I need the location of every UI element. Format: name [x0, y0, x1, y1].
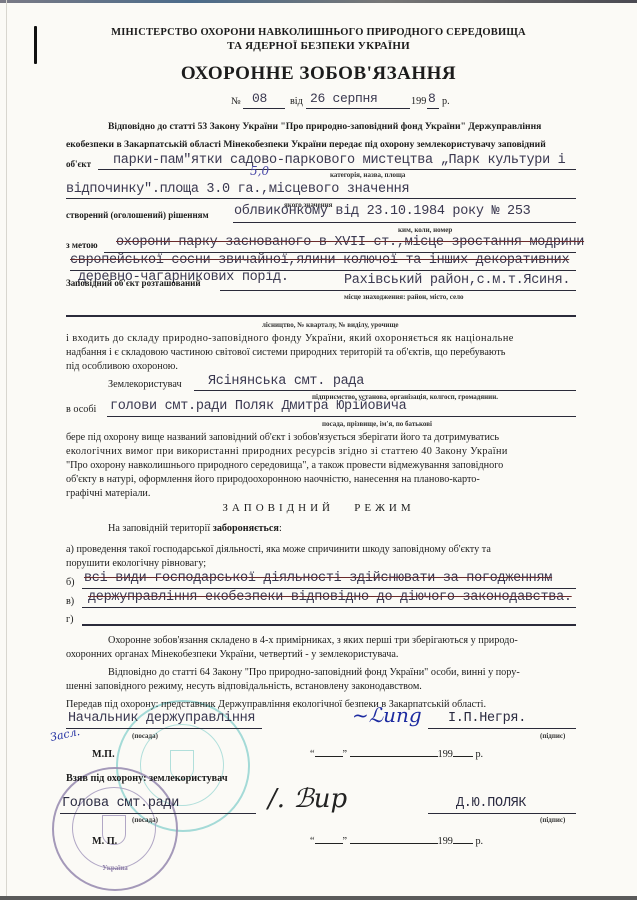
- intro-line1: Відповідно до статті 53 Закону України "…: [108, 121, 541, 132]
- handover-signer-name: І.П.Негря.: [448, 711, 526, 726]
- purpose-line2: європейської сосни звичайної,ялини колюч…: [70, 253, 569, 268]
- date-from-label: від: [290, 96, 303, 107]
- handover-date-suffix: р.: [475, 749, 483, 760]
- handover-date: “” 199 р.: [310, 749, 483, 760]
- created-label: створений (оголошений) рішенням: [66, 210, 209, 220]
- object-value-line2: відпочинку".площа 3.0 га.,місцевого знач…: [66, 182, 409, 197]
- acceptance-signer-name: Д.Ю.ПОЛЯК: [456, 796, 526, 811]
- scan-bottom-edge: [0, 896, 637, 900]
- object-label: об'єкт: [66, 159, 91, 169]
- fund-text-line1: і входить до складу природно-заповідного…: [66, 333, 514, 344]
- acceptance-date: “” 199 р.: [310, 836, 483, 847]
- location-label: Заповідний об'єкт розташований: [66, 278, 201, 288]
- purpose-label: з метою: [66, 240, 98, 250]
- created-caption: ким, коли, номер: [398, 226, 452, 234]
- copies-line2: охоронних органах Мінекобезпеки України,…: [66, 649, 398, 660]
- regime-item-a-cont: порушити екологічну рівновагу;: [66, 558, 206, 569]
- acceptance-seal-label: М. П.: [92, 836, 117, 847]
- number-label: №: [231, 96, 241, 107]
- year-suffix: 8: [428, 91, 436, 106]
- document-date: 26 серпня: [310, 91, 378, 106]
- regime-item-text: проведення такої господарської діяльност…: [76, 544, 490, 555]
- ministry-name-line1: МІНІСТЕРСТВО ОХОРОНИ НАВКОЛИШНЬОГО ПРИРО…: [0, 27, 637, 38]
- document-number: 08: [252, 91, 267, 106]
- person-caption: посада, прізвище, ім'я, по батькові: [322, 420, 432, 428]
- handover-position: Начальник держуправління: [68, 711, 255, 726]
- handover-sign-caption: (підпис): [540, 732, 565, 740]
- obligation-line4: об'єкту в натурі, оформлення його природ…: [66, 474, 480, 485]
- regime-item-marker: а): [66, 544, 74, 555]
- document-title: ОХОРОННЕ ЗОБОВ'ЯЗАННЯ: [0, 63, 637, 85]
- regime-item-a: а) проведення такої господарської діяльн…: [66, 544, 491, 555]
- acceptance-sign-caption: (підпис): [540, 816, 565, 824]
- created-value: облвиконкому від 23.10.1984 року № 253: [234, 204, 530, 219]
- regime-item-d-marker: г): [66, 614, 74, 625]
- fund-text-line2: надбання і є складовою частиною світової…: [66, 347, 505, 358]
- regime-intro: На заповідній території забороняється:: [108, 523, 282, 534]
- regime-item-c-marker: в): [66, 596, 74, 607]
- regime-item-b-text: всі види господарської діяльності здійсн…: [84, 571, 552, 586]
- intro-line2: екобезпеки в Закарпатській області Мінек…: [66, 139, 546, 150]
- regime-item-c-text: держуправління екобезпеки відповідно до …: [88, 590, 572, 605]
- handover-date-year: 199: [438, 749, 453, 760]
- liability-line2: шенні заповідного режиму, несуть відпові…: [66, 681, 422, 692]
- year-prefix: 199: [411, 96, 426, 107]
- stamp-text: Україна: [54, 864, 176, 872]
- land-user-value: Ясінянська смт. рада: [208, 374, 364, 389]
- handover-signature: ~ℒung: [352, 703, 422, 727]
- obligation-line3: "Про охорону навколишнього природного се…: [66, 460, 503, 471]
- object-value-line1: парки-пам"ятки садово-паркового мистецтв…: [113, 153, 565, 168]
- regime-item-b-marker: б): [66, 577, 75, 588]
- location-caption: місце знаходження: район, місто, село: [344, 293, 464, 301]
- area-correction: 5,0: [250, 164, 269, 178]
- land-user-label: Землекористувач: [108, 379, 182, 390]
- liability-line1: Відповідно до статті 64 Закону "Про прир…: [108, 667, 520, 678]
- person-label: в особі: [66, 404, 96, 415]
- acceptance-date-suffix: р.: [475, 836, 483, 847]
- acceptance-signature: /. ℬир: [268, 784, 347, 814]
- location-value: Рахівський район,с.м.т.Ясиня.: [344, 273, 570, 288]
- year-label: р.: [442, 96, 450, 107]
- acceptance-date-year: 199: [438, 836, 453, 847]
- forestry-caption: лісництво, № кварталу, № виділу, урочище: [262, 321, 398, 329]
- handover-seal-label: М.П.: [92, 749, 115, 760]
- obligation-line2: екологічних вимог при використанні приро…: [66, 446, 508, 457]
- fund-text-line3: під особливою охороною.: [66, 361, 178, 372]
- acceptance-text: Взяв під охорону: землекористувач: [66, 773, 228, 784]
- obligation-line1: бере під охорону вище названий заповідни…: [66, 432, 499, 443]
- ministry-name-line2: ТА ЯДЕРНОЇ БЕЗПЕКИ УКРАЇНИ: [0, 40, 637, 52]
- regime-heading: ЗАПОВІДНИЙ РЕЖИМ: [0, 502, 637, 514]
- handover-position-caption: (посада): [132, 732, 158, 740]
- scan-left-edge: [6, 0, 7, 900]
- scan-top-edge: [0, 0, 637, 3]
- stamp-violet-outer: Україна: [52, 767, 178, 891]
- copies-line1: Охоронне зобов'язання складено в 4-х при…: [108, 635, 518, 646]
- acceptance-position-caption: (посада): [132, 816, 158, 824]
- person-value: голови смт.ради Поляк Дмитра Юрійовича: [110, 399, 406, 414]
- obligation-line5: графічні матеріали.: [66, 488, 150, 499]
- purpose-line1: охорони парку заснованого в XVII ст.,міс…: [116, 235, 584, 250]
- object-caption: категорія, назва, площа: [330, 171, 405, 179]
- handover-text: Передав під охорону: представник Держупр…: [66, 699, 486, 710]
- handwritten-annotation: Засл.: [49, 725, 81, 744]
- acceptance-position: Голова смт.ради: [62, 796, 179, 811]
- regime-intro-bold: забороняється: [213, 523, 279, 534]
- regime-intro-text: На заповідній території: [108, 523, 213, 534]
